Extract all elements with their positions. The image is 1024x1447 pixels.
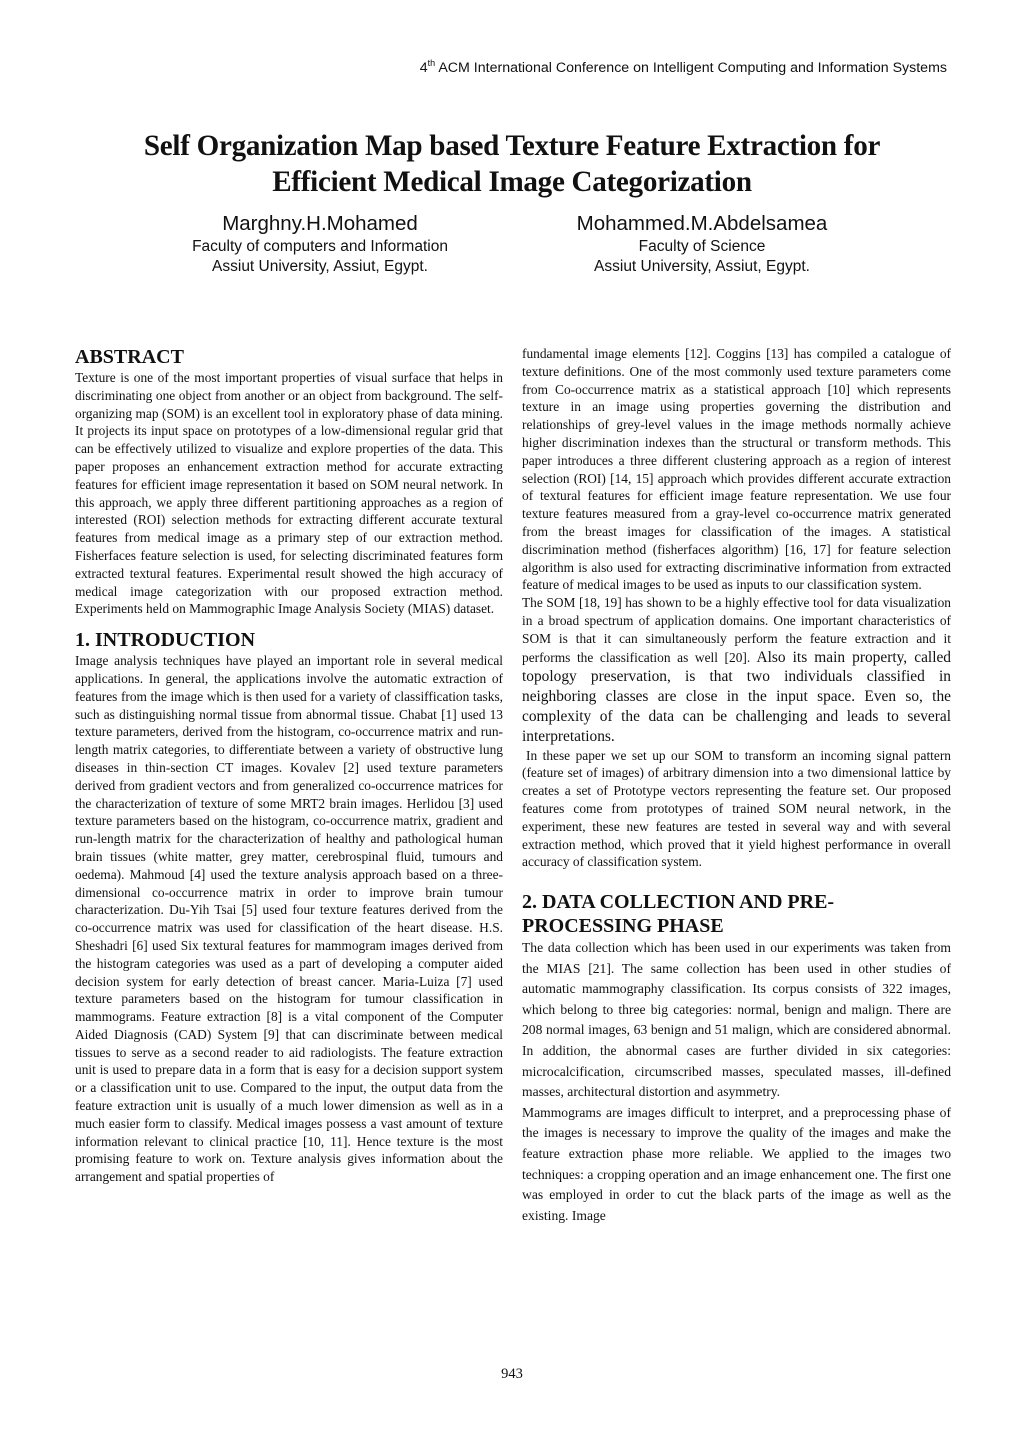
section-spacer (522, 871, 951, 890)
author-affiliation: Faculty of Science (512, 237, 892, 257)
title-line-2: Efficient Medical Image Categorization (54, 164, 970, 200)
page-number: 943 (0, 1366, 1024, 1383)
author-affiliation: Faculty of computers and Information (130, 237, 510, 257)
conference-name: ACM International Conference on Intellig… (435, 60, 947, 76)
conference-number: 4 (420, 60, 428, 76)
introduction-paragraph-3: In these paper we set up our SOM to tran… (522, 747, 951, 872)
introduction-paragraph-1: Image analysis techniques have played an… (75, 652, 503, 1186)
section-2-heading-line-2: PROCESSING PHASE (522, 914, 951, 938)
author-block-2: Mohammed.M.Abdelsamea Faculty of Science… (512, 211, 892, 277)
running-header: 4th ACM International Conference on Inte… (0, 60, 947, 76)
paper-title: Self Organization Map based Texture Feat… (54, 128, 970, 200)
author-block-1: Marghny.H.Mohamed Faculty of computers a… (130, 211, 510, 277)
introduction-heading: 1. INTRODUCTION (75, 628, 503, 652)
section-2-heading: 2. DATA COLLECTION AND PRE- PROCESSING P… (522, 890, 951, 938)
right-column: fundamental image elements [12]. Coggins… (522, 345, 951, 1226)
author-name: Marghny.H.Mohamed (130, 211, 510, 237)
abstract-heading: ABSTRACT (75, 345, 503, 369)
author-name: Mohammed.M.Abdelsamea (512, 211, 892, 237)
introduction-paragraph-1-continued: fundamental image elements [12]. Coggins… (522, 345, 951, 594)
introduction-paragraph-2: The SOM [18, 19] has shown to be a highl… (522, 594, 951, 746)
section-2-heading-line-1: 2. DATA COLLECTION AND PRE- (522, 890, 951, 914)
abstract-text: Texture is one of the most important pro… (75, 369, 503, 618)
section-spacer (75, 618, 503, 628)
author-affiliation: Assiut University, Assiut, Egypt. (130, 257, 510, 277)
title-line-1: Self Organization Map based Texture Feat… (54, 128, 970, 164)
left-column: ABSTRACT Texture is one of the most impo… (75, 345, 503, 1186)
author-affiliation: Assiut University, Assiut, Egypt. (512, 257, 892, 277)
section-2-paragraph-2: Mammograms are images difficult to inter… (522, 1103, 951, 1227)
section-2-paragraph-1: The data collection which has been used … (522, 938, 951, 1103)
